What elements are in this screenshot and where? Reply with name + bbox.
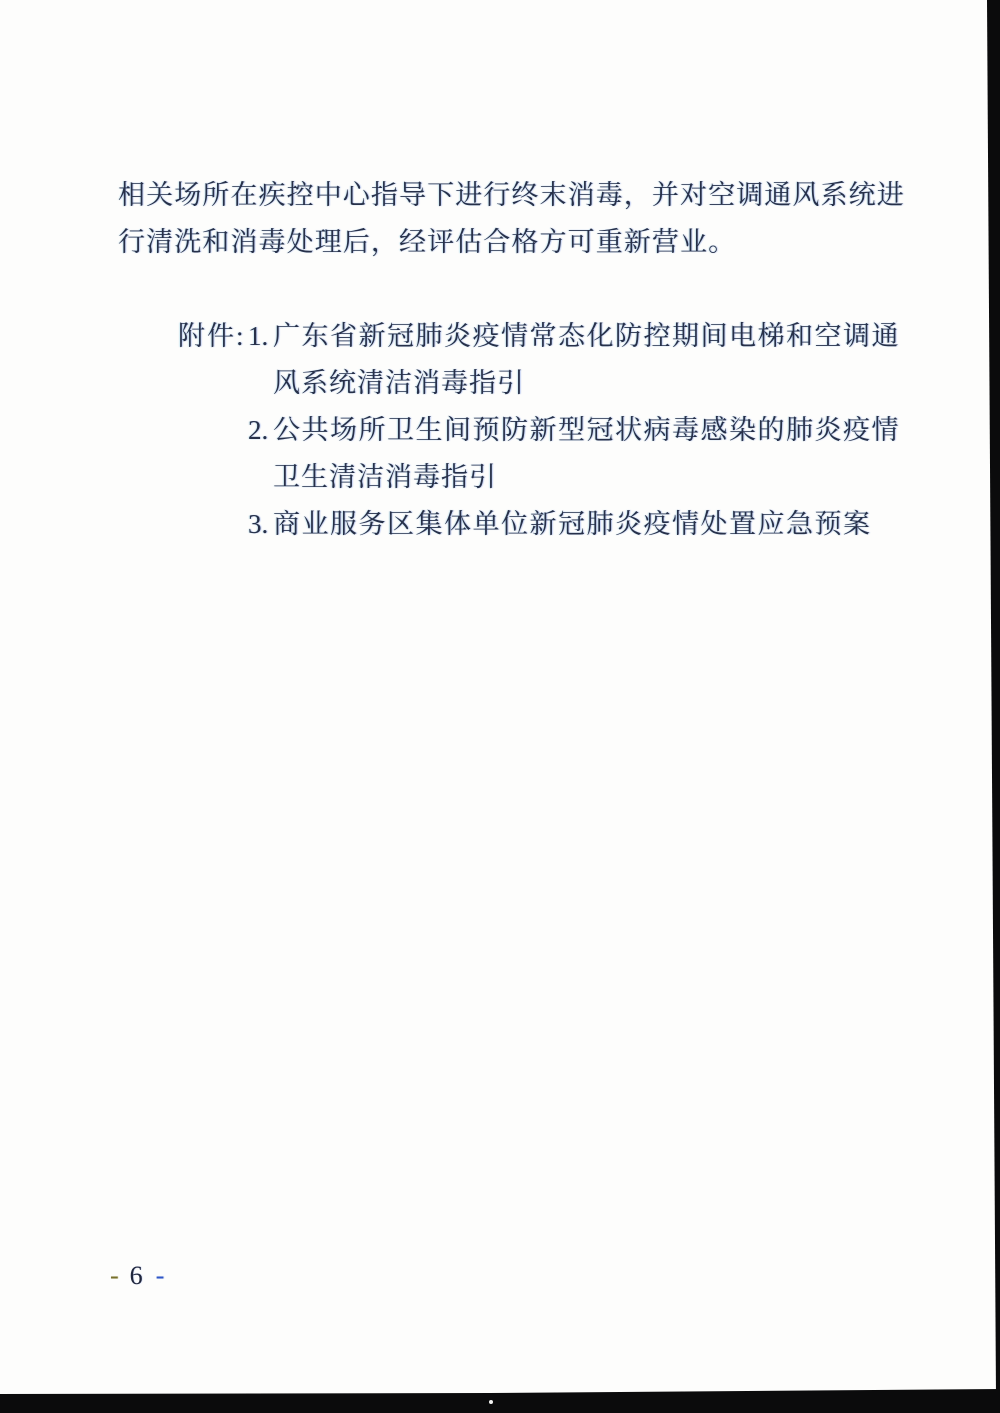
paragraph-line: 相关场所在疾控中心指导下进行终末消毒，并对空调通风系统进: [118, 172, 888, 219]
attachment-title-line: 广东省新冠肺炎疫情常态化防控期间电梯和空调通: [273, 313, 900, 360]
page-number-value: 6: [130, 1256, 143, 1296]
attachment-number: 2.: [248, 407, 273, 454]
page-number-dash: -: [156, 1256, 165, 1296]
scan-artifact-dot: [489, 1400, 493, 1404]
attachment-title-line: 公共场所卫生间预防新型冠状病毒感染的肺炎疫情: [273, 407, 900, 454]
attachment-title-line: 卫生清洁消毒指引: [273, 454, 497, 501]
attachment-title-line: 商业服务区集体单位新冠肺炎疫情处置应急预案: [273, 501, 872, 548]
scan-artifact-bottom-band: [0, 1387, 1000, 1413]
attachment-number: 3.: [248, 501, 273, 548]
page-number: - 6 -: [110, 1256, 164, 1296]
attachments-list: 附件: 1. 广东省新冠肺炎疫情常态化防控期间电梯和空调通 风系统清洁消毒指引 …: [178, 313, 898, 548]
attachments-label: 附件:: [178, 313, 248, 360]
attachment-item-2: 2. 公共场所卫生间预防新型冠状病毒感染的肺炎疫情: [178, 407, 898, 454]
attachment-title-line: 风系统清洁消毒指引: [273, 360, 525, 407]
attachment-item-2-continuation: 卫生清洁消毒指引: [178, 454, 898, 501]
document-page: 相关场所在疾控中心指导下进行终末消毒，并对空调通风系统进 行清洗和消毒处理后，经…: [0, 0, 1000, 1413]
attachment-item-1-continuation: 风系统清洁消毒指引: [178, 360, 898, 407]
attachment-item-1: 附件: 1. 广东省新冠肺炎疫情常态化防控期间电梯和空调通: [178, 313, 898, 360]
attachment-item-3: 3. 商业服务区集体单位新冠肺炎疫情处置应急预案: [178, 501, 898, 548]
page-number-dash: -: [110, 1256, 119, 1296]
attachment-number: 1.: [248, 313, 273, 360]
paragraph-line: 行清洗和消毒处理后，经评估合格方可重新营业。: [118, 219, 888, 266]
scan-artifact-right-edge: [987, 0, 1000, 1392]
body-paragraph: 相关场所在疾控中心指导下进行终末消毒，并对空调通风系统进 行清洗和消毒处理后，经…: [118, 172, 888, 266]
